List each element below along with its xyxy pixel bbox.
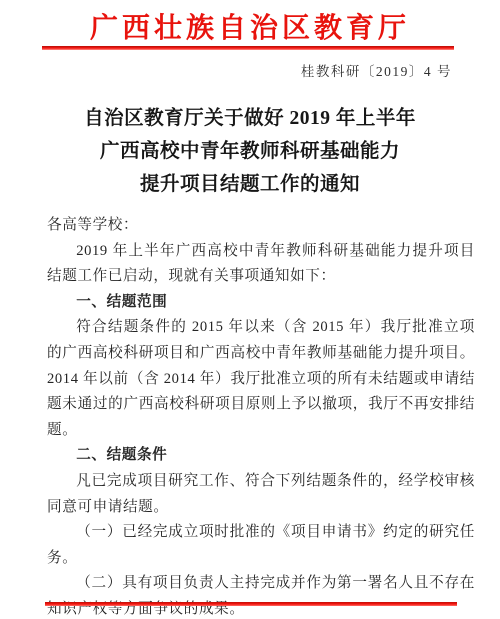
section-1-heading: 一、结题范围: [47, 290, 475, 316]
section-2-intro: 凡已完成项目研究工作、符合下列结题条件的，经学校审核同意可申请结题。: [47, 469, 475, 520]
red-header-divider: [42, 46, 454, 50]
document-body: 各高等学校： 2019 年上半年广西高校中青年教师科研基础能力提升项目结题工作已…: [47, 213, 475, 619]
section-2-heading: 二、结题条件: [47, 443, 475, 469]
intro-paragraph: 2019 年上半年广西高校中青年教师科研基础能力提升项目结题工作已启动，现就有关…: [47, 239, 475, 290]
notice-title-line-3: 提升项目结题工作的通知: [0, 168, 500, 201]
notice-title: 自治区教育厅关于做好 2019 年上半年 广西高校中青年教师科研基础能力 提升项…: [0, 102, 500, 201]
notice-title-line-2: 广西高校中青年教师科研基础能力: [0, 135, 500, 168]
red-footer-divider: [45, 602, 457, 606]
issuing-authority-title: 广西壮族自治区教育厅: [0, 6, 500, 46]
section-1-paragraph: 符合结题条件的 2015 年以来（含 2015 年）我厅批准立项的广西高校科研项…: [47, 315, 475, 443]
document-page: 广西壮族自治区教育厅 桂教科研〔2019〕4 号 自治区教育厅关于做好 2019…: [0, 0, 500, 619]
salutation: 各高等学校：: [47, 213, 475, 239]
section-2-item-2: （二）具有项目负责人主持完成并作为第一署名人且不存在知识产权等方面争议的成果。: [47, 571, 475, 619]
notice-title-line-1: 自治区教育厅关于做好 2019 年上半年: [0, 102, 500, 135]
section-2-item-1: （一）已经完成立项时批准的《项目申请书》约定的研究任务。: [47, 520, 475, 571]
document-number: 桂教科研〔2019〕4 号: [301, 60, 452, 80]
